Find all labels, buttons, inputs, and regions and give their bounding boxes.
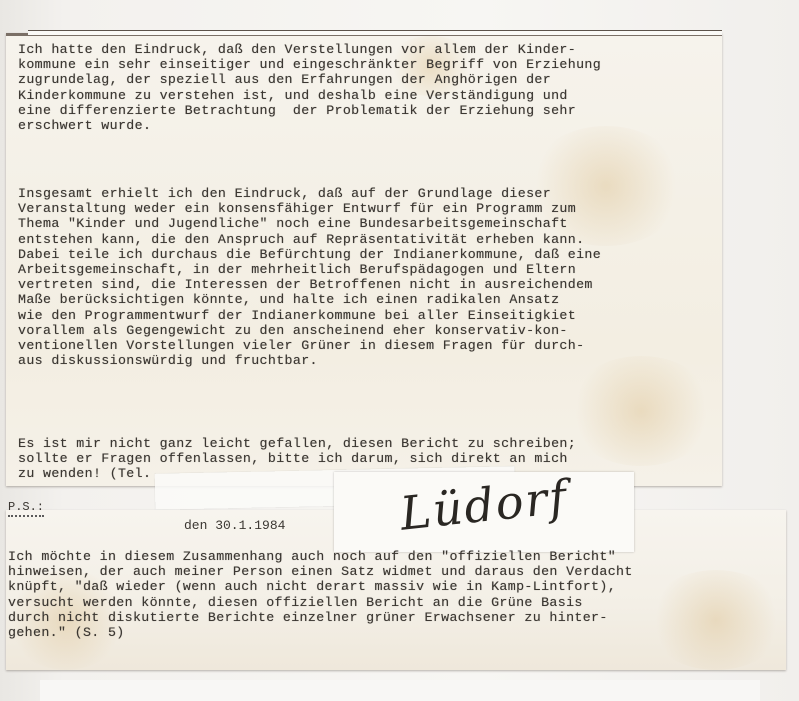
stain [646,570,786,670]
document-date: den 30.1.1984 [184,518,285,533]
postscript-text: Ich möchte in diesem Zusammenhang auch n… [8,549,633,640]
postscript-label: P.S.: [8,500,44,517]
paragraph-2: Insgesamt erhielt ich den Eindruck, daß … [18,186,601,368]
underlying-page [40,680,760,701]
paragraph-1: Ich hatte den Eindruck, daß den Verstell… [18,42,601,133]
stain [566,356,716,466]
